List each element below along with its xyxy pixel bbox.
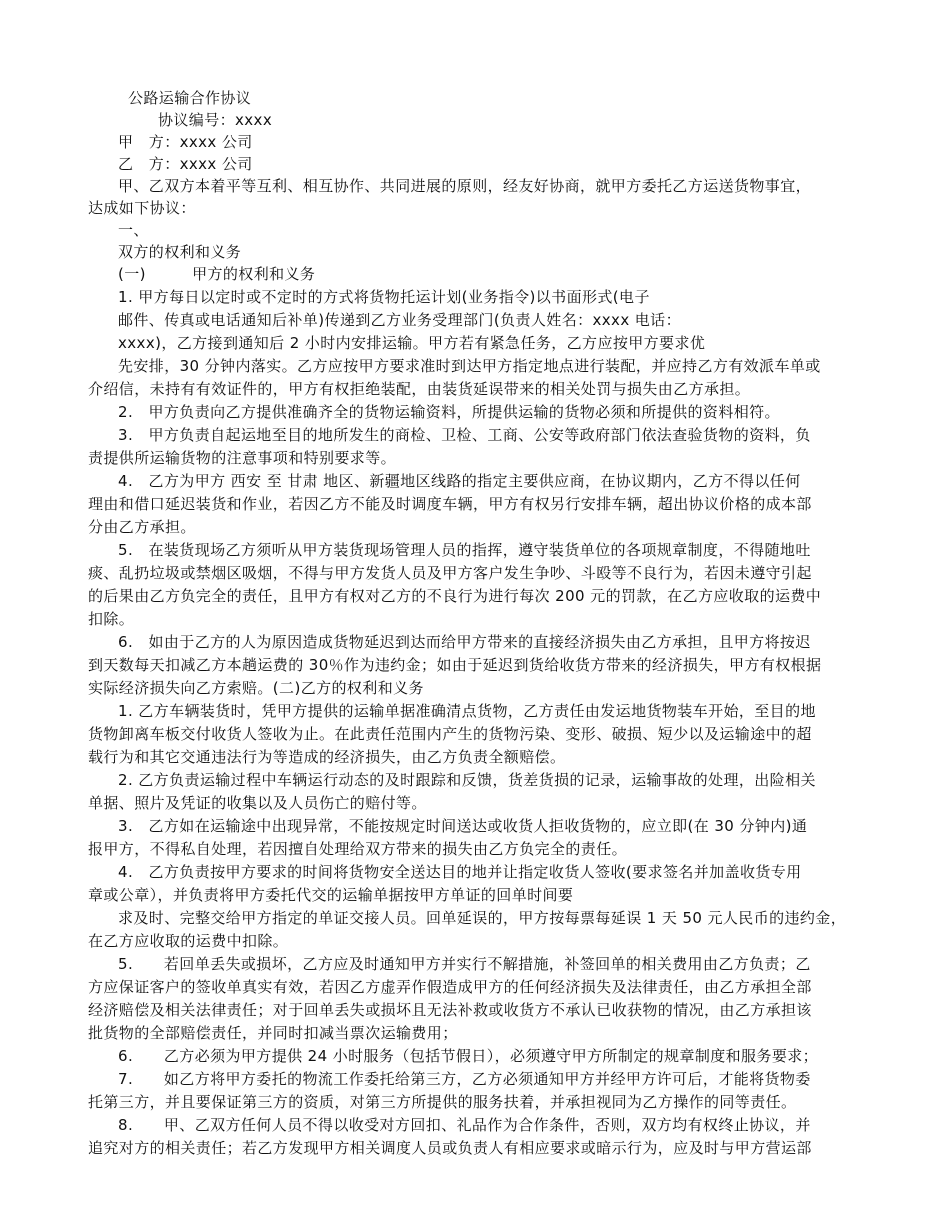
- party-a: 甲 方：xxxx 公司: [118, 132, 253, 152]
- body-line: 追究对方的相关责任；若乙方发现甲方相关调度人员或负责人有相应要求或暗示行为，应及…: [88, 1138, 812, 1158]
- body-line: 邮件、传真或电话通知后补单)传递到乙方业务受理部门(负责人姓名：xxxx 电话：: [118, 310, 681, 330]
- body-line: 货物卸离车板交付收货人签收为止。在此责任范围内产生的货物污染、变形、破损、短少以…: [88, 724, 812, 744]
- body-line: 章或公章），并负责将甲方委托代交的运输单据按甲方单证的回单时间要: [88, 885, 573, 905]
- body-line: 责提供所运输货物的注意事项和特别要求等。: [88, 448, 396, 468]
- body-line: 经济赔偿及相关法律责任；对于回单丢失或损坏且无法补救或收货方不承认已收获物的情况…: [88, 1000, 812, 1020]
- body-line: 理由和借口延迟装货和作业，若因乙方不能及时调度车辆，甲方有权另行安排车辆，超出协…: [88, 494, 812, 514]
- body-line: 批货物的全部赔偿责任，并同时扣减当票次运输费用；: [88, 1023, 458, 1043]
- body-line: 1. 乙方车辆装货时，凭甲方提供的运输单据准确清点货物，乙方责任由发运地货物装车…: [118, 701, 816, 721]
- body-line: xxxx)，乙方接到通知后 2 小时内安排运输。甲方若有紧急任务，乙方应按甲方要…: [118, 333, 705, 353]
- body-line: 8. 甲、乙双方任何人员不得以收受对方回扣、礼品作为合作条件，否则，双方均有权终…: [118, 1115, 811, 1135]
- agreement-number: 协议编号：xxxx: [158, 110, 272, 130]
- body-line: 先安排，30 分钟内落实。乙方应按甲方要求准时到达甲方指定地点进行装配，并应持乙…: [118, 356, 821, 376]
- body-line: 2. 甲方负责向乙方提供准确齐全的货物运输资料，所提供运输的货物必须和所提供的资…: [118, 402, 780, 422]
- body-line: 一、: [118, 220, 149, 240]
- body-line: 实际经济损失向乙方索赔。(二)乙方的权利和义务: [88, 678, 424, 698]
- body-line: 6. 乙方必须为甲方提供 24 小时服务（包括节假日），必须遵守甲方所制定的规章…: [118, 1046, 818, 1066]
- body-line: 介绍信，未持有有效证件的，甲方有权拒绝装配，由装货延误带来的相关处罚与损失由乙方…: [88, 379, 750, 399]
- body-line: 扣除。: [88, 609, 134, 629]
- body-line: 5. 若回单丢失或损坏，乙方应及时通知甲方并实行不解措施，补签回单的相关费用由乙…: [118, 954, 811, 974]
- body-line: (一) 甲方的权利和义务: [118, 264, 315, 284]
- body-line: 4. 乙方负责按甲方要求的时间将货物安全送达目的地并让指定收货人签收(要求签名并…: [118, 862, 802, 882]
- body-line: 3. 甲方负责自起运地至目的地所发生的商检、卫检、工商、公安等政府部门依法查验货…: [118, 425, 811, 445]
- document-title: 公路运输合作协议: [128, 88, 251, 108]
- body-line: 甲、乙双方本着平等互利、相互协作、共同进展的原则，经友好协商，就甲方委托乙方运送…: [118, 176, 811, 196]
- body-line: 2. 乙方负责运输过程中车辆运行动态的及时跟踪和反馈，货差货损的记录，运输事故的…: [118, 770, 816, 790]
- body-line: 到天数每天扣减乙方本趟运费的 30％作为违约金；如由于延迟到货给收货方带来的经济…: [88, 655, 821, 675]
- body-line: 1. 甲方每日以定时或不定时的方式将货物托运计划(业务指令)以书面形式(电子: [118, 287, 650, 307]
- body-line: 方应保证客户的签收单真实有效，若因乙方虚弄作假造成甲方的任何经济损失及法律责任，…: [88, 977, 812, 997]
- body-line: 分由乙方承担。: [88, 517, 196, 537]
- body-line: 在乙方应收取的运费中扣除。: [88, 931, 288, 951]
- body-line: 托第三方，并且要保证第三方的资质，对第三方所提供的服务扶着，并承担视同为乙方操作…: [88, 1092, 796, 1112]
- body-line: 5. 在装货现场乙方须听从甲方装货现场管理人员的指挥，遵守装货单位的各项规章制度…: [118, 540, 811, 560]
- body-line: 痰、乱扔垃圾或禁烟区吸烟，不得与甲方发货人员及甲方客户发生争吵、斗殴等不良行为，…: [88, 563, 812, 583]
- body-line: 3. 乙方如在运输途中出现异常，不能按规定时间送达或收货人拒收货物的，应立即(在…: [118, 816, 807, 836]
- body-line: 的后果由乙方负完全的责任，且甲方有权对乙方的不良行为进行每次 200 元的罚款，…: [88, 586, 821, 606]
- body-line: 4. 乙方为甲方 西安 至 甘肃 地区、新疆地区线路的指定主要供应商，在协议期内…: [118, 471, 801, 491]
- body-line: 求及时、完整交给甲方指定的单证交接人员。回单延误的，甲方按每票每延误 1 天 5…: [118, 908, 846, 928]
- body-line: 达成如下协议：: [88, 198, 196, 218]
- body-line: 报甲方，不得私自处理，若因擅自处理给双方带来的损失由乙方负完全的责任。: [88, 839, 627, 859]
- document-page: 公路运输合作协议 协议编号：xxxx 甲 方：xxxx 公司 乙 方：xxxx …: [0, 0, 950, 1230]
- body-line: 7. 如乙方将甲方委托的物流工作委托给第三方，乙方必须通知甲方并经甲方许可后，才…: [118, 1069, 811, 1089]
- body-line: 载行为和其它交通违法行为等造成的经济损失，由乙方负责全额赔偿。: [88, 747, 565, 767]
- body-line: 6. 如由于乙方的人为原因造成货物延迟到达而给甲方带来的直接经济损失由乙方承担，…: [118, 632, 811, 652]
- body-line: 双方的权利和义务: [118, 242, 241, 262]
- body-line: 单据、照片及凭证的收集以及人员伤亡的赔付等。: [88, 793, 427, 813]
- party-b: 乙 方：xxxx 公司: [118, 154, 253, 174]
